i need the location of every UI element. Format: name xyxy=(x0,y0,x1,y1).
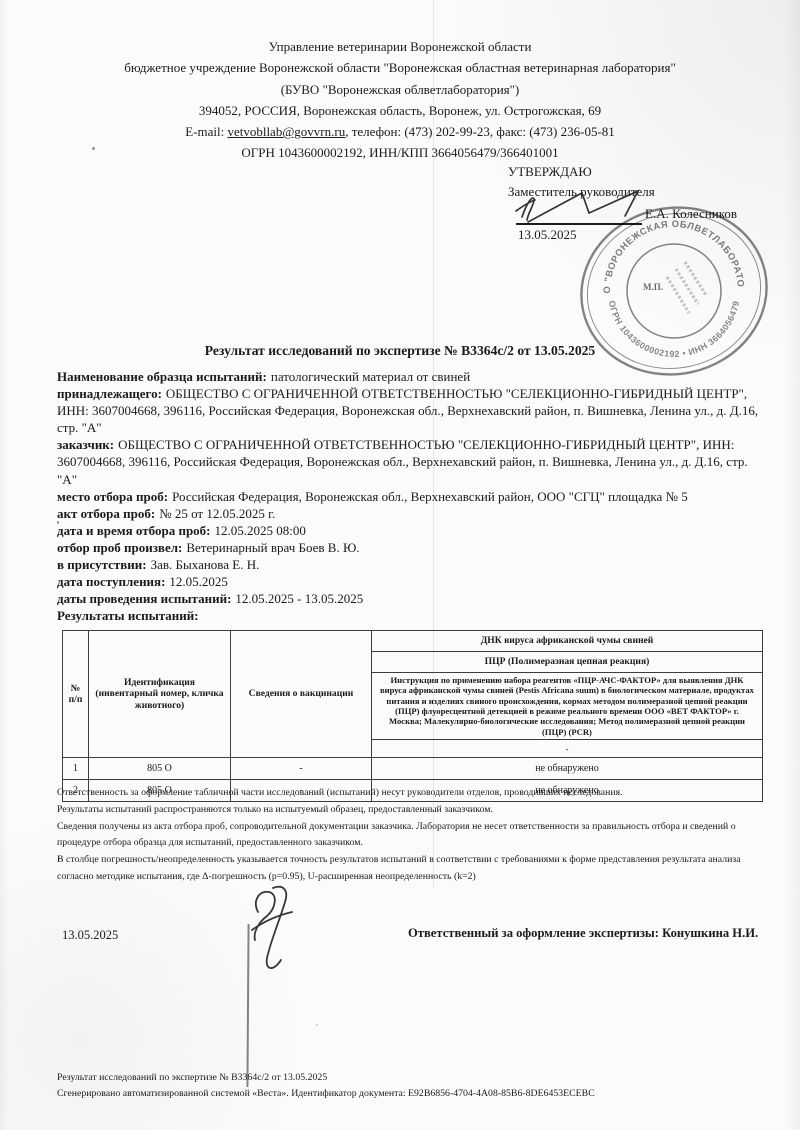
field-sampling-datetime: дата и время отбора проб:12.05.2025 08:0… xyxy=(57,522,765,539)
org-name-line1: Управление ветеринарии Воронежской облас… xyxy=(46,36,754,57)
field-sampling-act: акт отбора проб:№ 25 от 12.05.2025 г. xyxy=(57,505,765,522)
org-name-line2: бюджетное учреждение Воронежской области… xyxy=(46,57,754,78)
field-customer: заказчик:ОБЩЕСТВО С ОГРАНИЧЕННОЙ ОТВЕТСТ… xyxy=(57,436,765,487)
scan-speck xyxy=(58,373,60,377)
field-value: Ветеринарный врач Боев В. Ю. xyxy=(186,540,359,555)
field-witness: в присутствии:Зав. Быханова Е. Н. xyxy=(57,556,765,573)
email-link[interactable]: vetvobllab@govvrn.ru xyxy=(227,124,345,139)
letterhead: Управление ветеринарии Воронежской облас… xyxy=(46,36,754,164)
results-section-label: Результаты испытаний: xyxy=(57,607,765,624)
footer-line2: Сгенерировано автоматизированной системо… xyxy=(57,1086,777,1102)
note-line: Результаты испытаний распространяются то… xyxy=(57,802,769,819)
field-label: Наименование образца испытаний: xyxy=(57,369,267,384)
field-value: № 25 от 12.05.2025 г. xyxy=(159,506,275,521)
document-footer: Результат исследований по экспертизе № В… xyxy=(57,1070,777,1102)
stamp-mp-label: М.П. xyxy=(643,282,663,292)
org-address: 394052, РОССИЯ, Воронежская область, Вор… xyxy=(46,100,754,121)
field-owner: принадлежащего:ОБЩЕСТВО С ОГРАНИЧЕННОЙ О… xyxy=(57,385,765,436)
report-title: Результат исследований по экспертизе № В… xyxy=(50,343,750,359)
scan-speck xyxy=(58,856,60,861)
result-group-sub-cell: - xyxy=(372,740,763,758)
col-header-num: № п/п xyxy=(63,631,89,758)
field-label: дата поступления: xyxy=(57,574,165,589)
approve-label: УТВЕРЖДАЮ xyxy=(508,162,655,182)
result-group-method: Инструкция по применению набора реагенто… xyxy=(372,673,763,740)
field-label: принадлежащего: xyxy=(57,386,162,401)
field-label: отбор проб произвел: xyxy=(57,540,182,555)
signoff-date: 13.05.2025 xyxy=(62,928,118,943)
org-name-line3: (БУВО "Воронежская облветлаборатория") xyxy=(46,79,754,100)
sample-fields: Наименование образца испытаний:патологич… xyxy=(57,368,765,624)
signature-tail-stroke xyxy=(246,924,249,1087)
col-header-vaccination: Сведения о вакцинации xyxy=(231,631,372,758)
field-receipt-date: дата поступления:12.05.2025 xyxy=(57,573,765,590)
field-value: ОБЩЕСТВО С ОГРАНИЧЕННОЙ ОТВЕТСТВЕННОСТЬЮ… xyxy=(57,386,758,435)
table-row: 1 805 O - не обнаружено xyxy=(63,758,763,780)
field-sample-name: Наименование образца испытаний:патологич… xyxy=(57,368,765,385)
email-separator: , xyxy=(345,124,348,139)
field-label: в присутствии: xyxy=(57,557,147,572)
scan-speck xyxy=(92,147,95,150)
field-value: Российская Федерация, Воронежская обл., … xyxy=(172,489,688,504)
field-value: 12.05.2025 xyxy=(169,574,228,589)
field-label: даты проведения испытаний: xyxy=(57,591,231,606)
result-group-title: ДНК вируса африканской чумы свиней xyxy=(372,631,763,652)
results-table: № п/п Идентификация (инвентарный номер, … xyxy=(62,630,763,802)
col-header-identification: Идентификация (инвентарный номер, кличка… xyxy=(89,631,231,758)
email-label: E-mail: xyxy=(185,124,224,139)
table-header-row: № п/п Идентификация (инвентарный номер, … xyxy=(63,631,763,652)
field-label: акт отбора проб: xyxy=(57,506,155,521)
footer-line1: Результат исследований по экспертизе № В… xyxy=(57,1070,777,1086)
field-sampled-by: отбор проб произвел:Ветеринарный врач Бо… xyxy=(57,539,765,556)
field-value: 12.05.2025 - 13.05.2025 xyxy=(235,591,363,606)
note-line: В столбце погрешность/неопределенность у… xyxy=(57,852,769,886)
row-identification: 805 O xyxy=(89,758,231,780)
contact-line: E-mail: vetvobllab@govvrn.ru, телефон: (… xyxy=(46,121,754,142)
approval-date: 13.05.2025 xyxy=(518,227,577,243)
field-value: Зав. Быханова Е. Н. xyxy=(151,557,260,572)
row-result: не обнаружено xyxy=(372,758,763,780)
scanned-document-page: Управление ветеринарии Воронежской облас… xyxy=(0,0,800,1130)
scan-speck xyxy=(316,1024,318,1026)
field-value: патологический материал от свиней xyxy=(271,369,470,384)
field-sampling-place: место отбора проб:Российская Федерация, … xyxy=(57,488,765,505)
phone-fax: телефон: (473) 202-99-23, факс: (473) 23… xyxy=(352,124,615,139)
field-label: дата и время отбора проб: xyxy=(57,523,211,538)
field-value: 12.05.2025 08:00 xyxy=(215,523,306,538)
scan-fold-line xyxy=(433,0,434,888)
field-value: ОБЩЕСТВО С ОГРАНИЧЕННОЙ ОТВЕТСТВЕННОСТЬЮ… xyxy=(57,437,748,486)
notes-block: Ответственность за оформление табличной … xyxy=(57,785,769,886)
field-label: заказчик: xyxy=(57,437,114,452)
field-test-dates: даты проведения испытаний:12.05.2025 - 1… xyxy=(57,590,765,607)
result-group-subtitle: ПЦР (Полимеразная цепная реакция) xyxy=(372,652,763,673)
row-num: 1 xyxy=(63,758,89,780)
note-line: Ответственность за оформление табличной … xyxy=(57,785,769,802)
field-label: место отбора проб: xyxy=(57,489,168,504)
scan-speck xyxy=(57,521,59,524)
note-line: Сведения получены из акта отбора проб, с… xyxy=(57,819,769,853)
scan-speck xyxy=(60,805,62,808)
responsible-line: Ответственный за оформление экспертизы: … xyxy=(408,926,758,941)
row-vaccination: - xyxy=(231,758,372,780)
ogrn-inn-line: ОГРН 1043600002192, ИНН/КПП 3664056479/3… xyxy=(46,142,754,163)
executor-signature xyxy=(238,882,318,982)
